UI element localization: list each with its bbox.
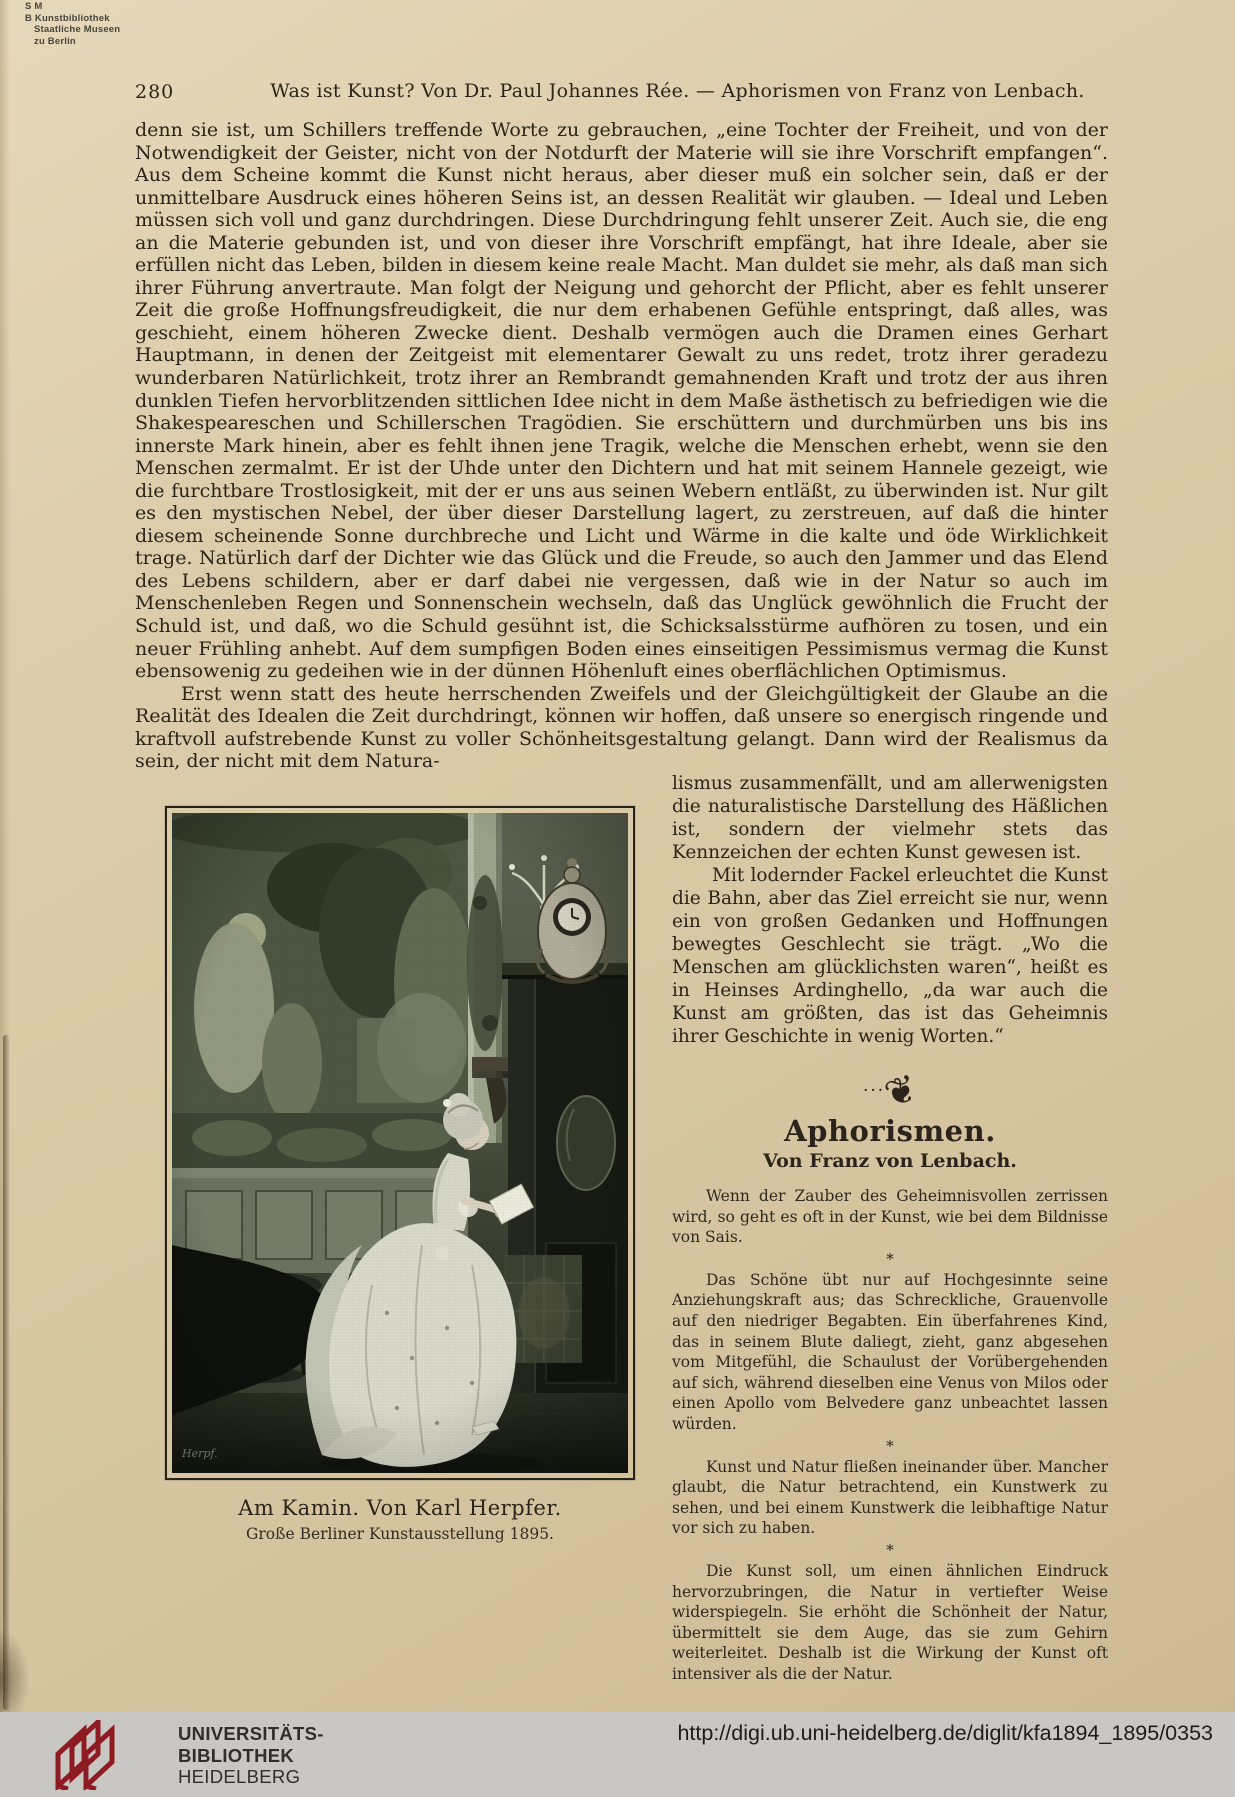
source-url: http://digi.ub.uni-heidelberg.de/diglit/… (677, 1721, 1213, 1746)
aphorism-3: Kunst und Natur fließen ineinander über.… (672, 1457, 1108, 1539)
figure-and-column-row: Herpf. Am Kamin. Von Karl Herpfer. Große… (135, 772, 1108, 1684)
library-name-line: UNIVERSITÄTS- (178, 1723, 324, 1745)
article-paragraph-3: Mit lodernder Fackel erleuchtet die Kuns… (672, 864, 1108, 1048)
article-text: denn sie ist, um Schillers treffende Wor… (135, 119, 1108, 773)
figure-caption-title: Am Kamin. Von Karl Herpfer. (165, 1496, 635, 1520)
library-name-line: HEIDELBERG (178, 1766, 324, 1788)
stamp-line: B Kunstbibliothek (25, 13, 120, 25)
aphorism-1: Wenn der Zauber des Geheimnisvollen zerr… (672, 1186, 1108, 1248)
scan-corner-blotch (0, 1628, 30, 1714)
vignette-overlay (172, 813, 628, 1473)
digitization-footer: UNIVERSITÄTS- BIBLIOTHEK HEIDELBERG http… (0, 1712, 1235, 1797)
right-column: lismus zusammenfällt, und am allerwenigs… (672, 772, 1108, 1684)
article-paragraph-1: denn sie ist, um Schillers treffende Wor… (135, 119, 1108, 683)
aphorism-4: Die Kunst soll, um einen ähnlichen Eindr… (672, 1561, 1108, 1685)
library-name-line: BIBLIOTHEK (178, 1745, 324, 1767)
figure-caption-subtitle: Große Berliner Kunstausstellung 1895. (165, 1525, 635, 1543)
stamp-line: zu Berlin (25, 36, 120, 48)
figure-frame: Herpf. (165, 806, 635, 1480)
asterisk-separator: * (672, 1543, 1108, 1558)
heidelberg-library-logo-icon (44, 1720, 154, 1790)
page-number: 280 (135, 81, 174, 103)
asterisk-separator: * (672, 1439, 1108, 1454)
am-kamin-painting-image: Herpf. (172, 813, 628, 1473)
aphorism-2: Das Schöne übt nur auf Hochgesinnte sein… (672, 1270, 1108, 1435)
stamp-line: Staatliche Museen (25, 24, 120, 36)
library-stamp: S M B Kunstbibliothek Staatliche Museen … (25, 1, 120, 47)
page-header: 280 Was ist Kunst? Von Dr. Paul Johannes… (135, 80, 1108, 102)
floral-ornament-icon: ···❦ (672, 1076, 1108, 1108)
asterisk-separator: * (672, 1252, 1108, 1267)
aphorisms-heading: Aphorismen. (672, 1114, 1108, 1148)
figure-am-kamin: Herpf. Am Kamin. Von Karl Herpfer. Große… (165, 806, 635, 1543)
scanned-book-page: S M B Kunstbibliothek Staatliche Museen … (0, 0, 1235, 1797)
article-paragraph-2-continuation: lismus zusammenfällt, und am allerwenigs… (672, 772, 1108, 864)
article-paragraph-2: Erst wenn statt des heute herrschenden Z… (135, 683, 1108, 773)
library-name: UNIVERSITÄTS- BIBLIOTHEK HEIDELBERG (178, 1723, 324, 1788)
stamp-line: S M (25, 1, 120, 13)
running-title: Was ist Kunst? Von Dr. Paul Johannes Rée… (247, 80, 1108, 102)
figure-caption: Am Kamin. Von Karl Herpfer. Große Berlin… (165, 1496, 635, 1543)
aphorisms-byline: Von Franz von Lenbach. (672, 1150, 1108, 1172)
floral-heart-icon: ❦ (881, 1072, 921, 1110)
page-gutter-line (3, 1035, 10, 1710)
